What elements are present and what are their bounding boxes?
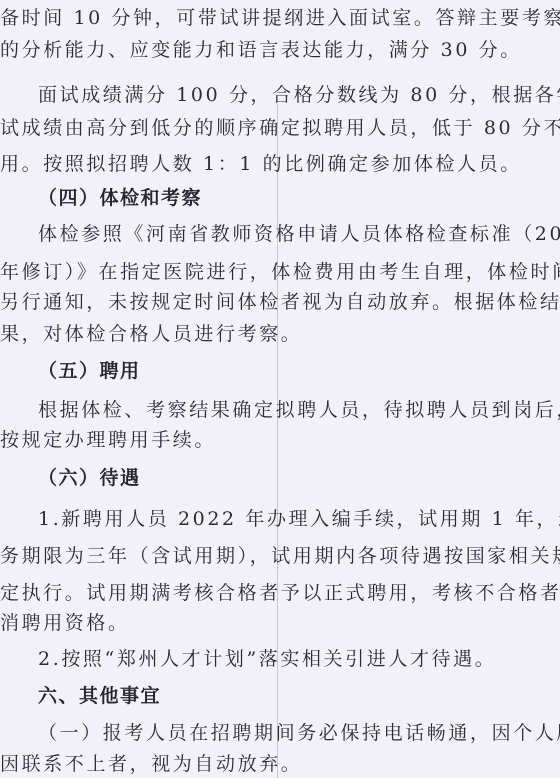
body-line: 年修订）》在指定医院进行，体检费用由考生自理，体检时间 <box>0 260 560 284</box>
body-line: （一）报考人员在招聘期间务必保持电话畅通，因个人原 <box>0 721 560 745</box>
document-page: 备时间 10 分钟，可带试讲提纲进入面试室。答辩主要考察考生 的分析能力、应变能… <box>0 0 560 778</box>
body-line: 消聘用资格。 <box>0 611 560 635</box>
section-heading-other-matters: 六、其他事宜 <box>0 684 560 708</box>
body-line: 另行通知，未按规定时间体检者视为自动放弃。根据体检结 <box>0 290 560 314</box>
body-line: 的分析能力、应变能力和语言表达能力，满分 30 分。 <box>0 38 560 62</box>
body-line: 2.按照“郑州人才计划”落实相关引进人才待遇。 <box>0 647 560 671</box>
body-line: 根据体检、考察结果确定拟聘人员，待拟聘人员到岗后， <box>0 398 560 422</box>
body-line: 因联系不上者，视为自动放弃。 <box>0 752 560 776</box>
body-line: 备时间 10 分钟，可带试讲提纲进入面试室。答辩主要考察考生 <box>0 6 560 30</box>
body-line: 面试成绩满分 100 分，合格分数线为 80 分，根据各学科面 <box>0 83 560 107</box>
body-line: 试成绩由高分到低分的顺序确定拟聘用人员，低于 80 分不予聘 <box>0 116 560 140</box>
body-line: 果，对体检合格人员进行考察。 <box>0 322 560 346</box>
body-line: 体检参照《河南省教师资格申请人员体格检查标准（2017 <box>0 222 560 246</box>
body-line: 1.新聘用人员 2022 年办理入编手续，试用期 1 年，最低服 <box>0 507 560 531</box>
section-heading-benefits: （六）待遇 <box>0 466 560 490</box>
section-heading-physical-exam: （四）体检和考察 <box>0 186 560 210</box>
body-line: 定执行。试用期满考核合格者予以正式聘用，考核不合格者取 <box>0 581 560 605</box>
body-line: 务期限为三年（含试用期），试用期内各项待遇按国家相关规 <box>0 544 560 568</box>
section-heading-hiring: （五）聘用 <box>0 359 560 383</box>
body-line: 按规定办理聘用手续。 <box>0 428 560 452</box>
body-line: 用。按照拟招聘人数 1：1 的比例确定参加体检人员。 <box>0 152 560 176</box>
